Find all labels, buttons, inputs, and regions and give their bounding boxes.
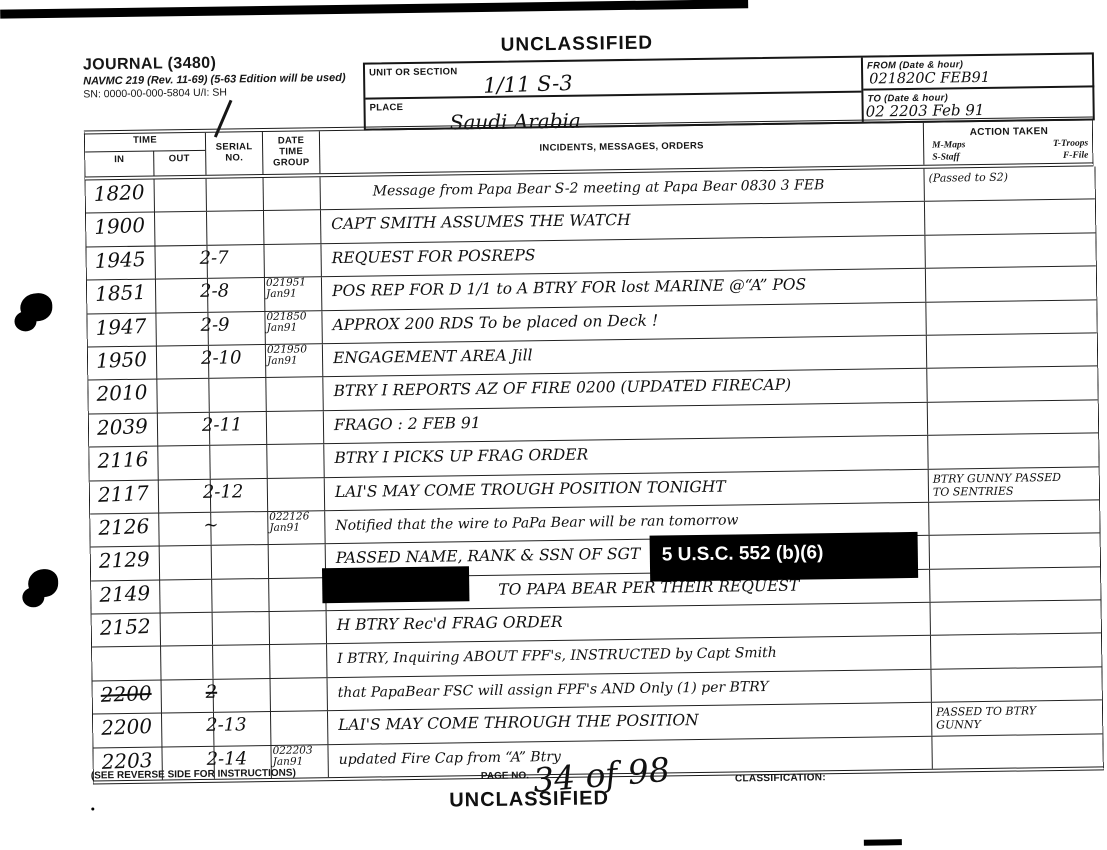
action-cell [928,500,1099,535]
time-in-cell: 1820 [86,180,154,213]
incident-text: Notified that the wire to PaPa Bear will… [325,505,738,534]
dtg-cell [263,211,320,244]
dtg-cell [269,611,326,644]
action-cell: (Passed to S2) [923,166,1094,201]
time-in-value: 1820 [85,180,145,206]
time-in-cell: 2149 [91,580,159,613]
dtg-cell [263,244,320,277]
time-out-cell [159,546,211,579]
incident-text: BTRY I PICKS UP FRAG ORDER [324,441,588,468]
action-cell [925,300,1096,335]
incident-text: I BTRY, Inquiring ABOUT FPF's, INSTRUCTE… [327,638,777,667]
time-out-cell [156,379,208,412]
redaction-block [322,566,469,603]
time-in-cell: 2200 [93,680,161,713]
time-out-cell [160,646,212,679]
dtg-value-line2: Jan91 [266,322,322,334]
serial-cell [211,545,268,578]
ink-blob [28,569,58,597]
action-cell [924,233,1095,268]
time-in-cell: 1945 [86,246,154,279]
serial-value: 2-10 [201,347,242,369]
action-cell [930,667,1101,702]
incident-text: PASSED NAME, RANK & SSN OF SGT [326,540,641,567]
dtg-cell [266,444,323,477]
action-cell [930,634,1101,669]
serial-cell: 2-11 [209,412,266,445]
action-cell [925,267,1096,302]
action-cell [927,434,1098,469]
action-legend-staff: S-Staff [932,152,959,164]
scan-edge-artifact [0,0,748,19]
time-header-label: TIME [85,135,205,148]
time-in-value: 2129 [90,547,150,573]
from-field: FROM (Date & hour) 021820C FEB91 [863,54,1094,90]
serial-value: 2-9 [200,314,229,335]
action-legend: M-Maps T-Troops S-Staff F-File [932,139,1088,165]
incidents-column-header: INCIDENTS, MESSAGES, ORDERS [319,123,924,173]
time-column-header: TIME IN OUT [85,133,206,177]
time-out-cell [159,579,211,612]
time-in-value: 2010 [88,380,148,406]
time-in-cell: 2010 [88,380,156,413]
time-in-value: 2149 [91,581,151,607]
dtg-cell [270,711,327,744]
serial-value: 2-11 [202,414,243,436]
time-in-cell: 1900 [86,213,154,246]
time-in-cell: 2129 [91,547,159,580]
action-cell: PASSED TO BTRY GUNNY [931,701,1102,736]
incident-text: CAPT SMITH ASSUMES THE WATCH [321,206,631,233]
dtg-cell [263,177,320,210]
classification-banner-top: UNCLASSIFIED [501,33,654,57]
dtg-cell [266,411,323,444]
time-in-cell: 1851 [87,280,155,313]
serial-cell: ~ [210,512,267,545]
time-in-value: 1945 [86,247,146,273]
incident-text: LAI'S MAY COME THROUGH THE POSITION [328,706,699,734]
classification-banner-bottom: UNCLASSIFIED [449,787,609,812]
serial-cell [206,211,263,244]
action-cell [929,534,1100,569]
dtg-cell: 021951Jan91 [264,277,321,310]
dtg-cell [270,678,327,711]
action-cell [931,734,1102,769]
time-in-value: 1851 [87,280,147,306]
page-number-label: PAGE NO. [481,770,529,782]
dtg-cell: 021950Jan91 [265,344,322,377]
unit-or-section-value: 1/11 S-3 [483,71,573,98]
incident-text: H BTRY Rec'd FRAG ORDER [327,608,563,634]
incident-text: APPROX 200 RDS To be placed on Deck ! [322,306,658,334]
dtg-cell [268,545,325,578]
action-header-label: ACTION TAKEN [924,125,1094,138]
action-cell [929,567,1100,602]
time-in-cell: 2200 [93,714,161,747]
time-out-header-label: OUT [153,154,205,166]
action-legend-file: F-File [1063,150,1089,162]
action-legend-maps: M-Maps [932,140,965,152]
time-in-cell: 2152 [92,614,160,647]
serial-cell [212,645,269,678]
time-in-value: 2039 [89,414,149,440]
from-to-box: FROM (Date & hour) 021820C FEB91 TO (Dat… [861,54,1095,121]
serial-column-header: SERIAL NO. [205,132,263,175]
dtg-cell [267,478,324,511]
time-in-cell: 2116 [89,447,157,480]
action-cell [930,600,1101,635]
time-in-cell: 2117 [90,480,158,513]
incident-text: LAI'S MAY COME TROUGH POSITION TONIGHT [325,472,726,501]
dtg-cell: 022126Jan91 [267,511,324,544]
time-in-cell: 2039 [89,413,157,446]
time-in-cell: 1947 [87,313,155,346]
unit-or-section-label: UNIT OR SECTION [369,66,458,78]
dtg-column-header: DATE TIME GROUP [262,131,320,174]
dtg-cell [269,645,326,678]
action-cell [926,367,1097,402]
incidents-header-label: INCIDENTS, MESSAGES, ORDERS [320,138,923,157]
action-taken-text: PASSED TO BTRY GUNNY [932,702,1036,733]
time-in-header-label: IN [85,155,153,167]
dtg-cell: 021850Jan91 [264,311,321,344]
serial-value: 2-14 [206,748,247,770]
ink-dot [91,807,94,810]
serial-cell [206,178,263,211]
serial-value: 2-7 [199,247,228,268]
action-cell [927,400,1098,435]
classification-field-label: CLASSIFICATION: [735,772,826,784]
time-in-value: 2152 [91,614,151,640]
form-identification: JOURNAL (3480) NAVMC 219 (Rev. 11-69) (5… [83,53,364,101]
dtg-value-line2: Jan91 [268,522,324,534]
time-in-cell: 2126 [90,513,158,546]
serial-cell: 2-9 [207,312,264,345]
time-in-cell: 1950 [88,346,156,379]
serial-cell [211,579,268,612]
time-in-value: 2200 [92,681,152,707]
serial-header-line2: NO. [206,153,262,165]
serial-value: 2-8 [200,281,229,302]
action-cell [924,200,1095,235]
dtg-header-line3: GROUP [263,158,319,170]
time-in-cell [92,647,160,680]
serial-cell: 2-13 [213,712,270,745]
time-in-value: 2200 [93,714,153,740]
action-taken-text: (Passed to S2) [924,168,1008,185]
action-cell [926,333,1097,368]
dtg-value-line2: Jan91 [272,756,328,768]
dtg-value-line2: Jan91 [265,288,321,300]
serial-cell [212,612,269,645]
dtg-cell [265,378,322,411]
time-in-value: 1950 [88,347,148,373]
serial-cell: 2-8 [207,278,264,311]
serial-cell: 2 [213,679,270,712]
from-value: 021820C FEB91 [869,70,990,88]
time-in-value: 1900 [86,213,146,239]
time-out-cell [157,446,209,479]
time-out-cell [154,212,206,245]
incident-text: ENGAGEMENT AREA Jill [323,341,533,367]
action-taken-text: BTRY GUNNY PASSED TO SENTRIES [929,467,1062,498]
time-out-cell [160,613,212,646]
time-in-value: 2126 [90,514,150,540]
redaction-stamp: 5 U.S.C. 552 (b)(6) [650,532,919,582]
serial-value: 2-12 [203,481,244,503]
action-cell: BTRY GUNNY PASSED TO SENTRIES [928,467,1099,502]
serial-value: 2 [206,682,218,703]
journal-rows: 1820Message from Papa Bear S-2 meeting a… [85,166,1104,784]
form-stock-number: SN: 0000-00-000-5804 U/I: SH [83,85,363,101]
serial-cell: 2-7 [206,245,263,278]
incident-text: REQUEST FOR POSREPS [321,241,535,267]
serial-value: 2-13 [206,715,247,737]
scanned-journal-page: UNCLASSIFIED JOURNAL (3480) NAVMC 219 (R… [0,0,1107,850]
action-column-header: ACTION TAKEN M-Maps T-Troops S-Staff F-F… [923,120,1095,164]
time-out-cell [154,179,206,212]
incident-text: FRAGO : 2 FEB 91 [324,409,481,434]
action-legend-troops: T-Troops [1053,139,1088,151]
serial-cell: 2-12 [210,479,267,512]
scan-edge-artifact [864,839,902,846]
time-in-value: 1947 [87,313,147,339]
incident-text: that PapaBear FSC will assign FPF's AND … [328,672,769,701]
dtg-cell [268,578,325,611]
dtg-value-line2: Jan91 [266,355,322,367]
ink-blob [20,293,52,321]
incident-text: updated Fire Cap from “A” Btry [328,742,561,768]
time-in-value: 2116 [89,447,149,473]
serial-cell [209,445,266,478]
place-label: PLACE [369,102,403,113]
serial-cell: 2-10 [208,345,265,378]
serial-cell [208,378,265,411]
serial-value: ~ [203,515,218,536]
time-in-value: 2117 [89,480,149,506]
